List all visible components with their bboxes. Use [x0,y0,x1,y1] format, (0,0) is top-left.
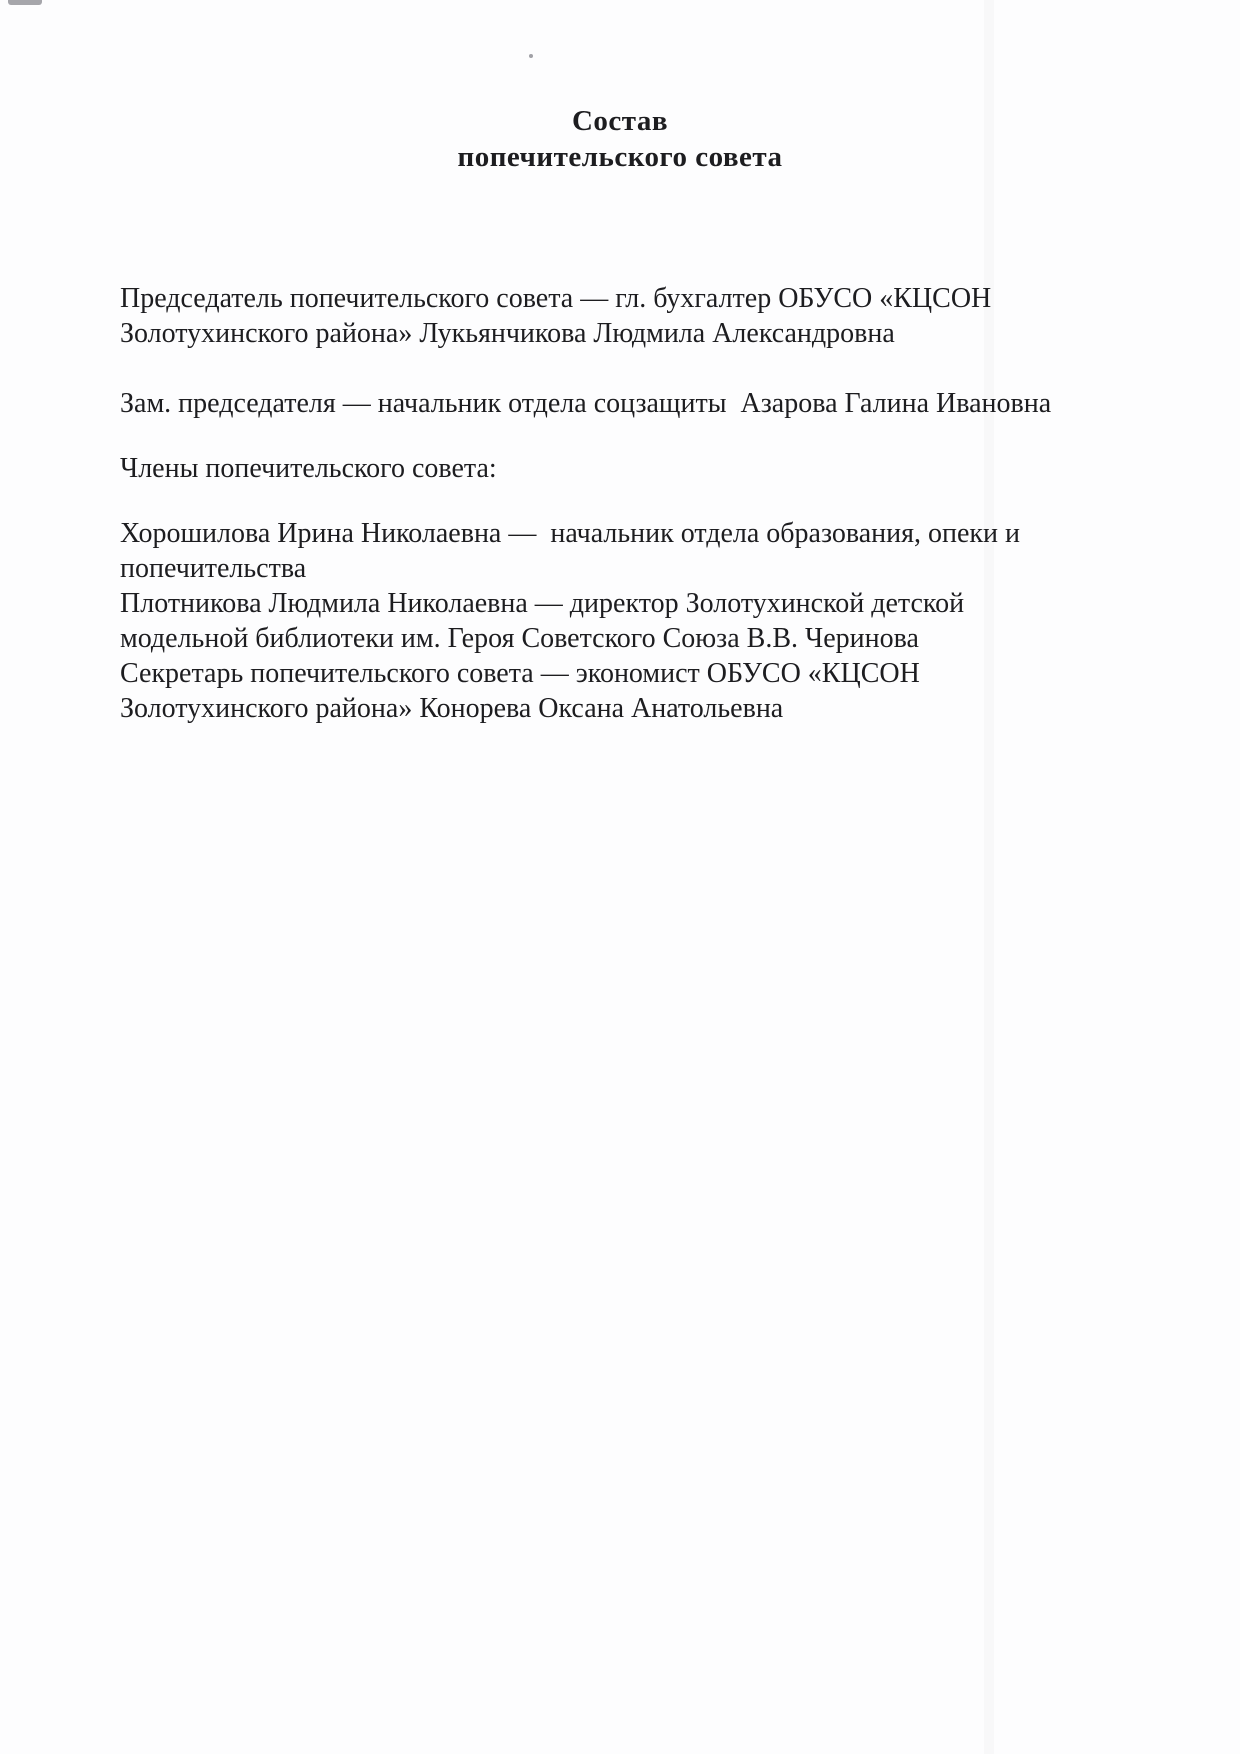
paragraph-members-line-4: модельной библиотеки им. Героя Советског… [120,621,1020,656]
paragraph-members-line-6: Золотухинского района» Конорева Оксана А… [120,691,1020,726]
document-title-line-2: попечительского совета [0,139,1240,175]
paragraph-members-heading-line-1: Члены попечительского совета: [120,451,497,486]
scan-artifact-streak [984,0,994,1754]
paragraph-members-list: Хорошилова Ирина Николаевна — начальник … [120,516,1020,726]
paragraph-chairman-line-2: Золотухинского района» Лукьянчикова Людм… [120,316,991,351]
paragraph-chairman-line-1: Председатель попечительского совета — гл… [120,281,991,316]
document-title-line-1: Состав [0,103,1240,139]
scan-artifact-dot [529,54,533,58]
paragraph-members-line-1: Хорошилова Ирина Николаевна — начальник … [120,516,1020,551]
paragraph-deputy-chairman-line-1: Зам. председателя — начальник отдела соц… [120,386,1051,421]
paragraph-deputy-chairman: Зам. председателя — начальник отдела соц… [120,386,1051,421]
paragraph-members-heading: Члены попечительского совета: [120,451,497,486]
document-title: Состав попечительского совета [0,103,1240,175]
scanned-document-page: Состав попечительского совета Председате… [0,0,1240,1754]
scan-artifact-top-edge [8,0,42,5]
paragraph-members-line-2: попечительства [120,551,1020,586]
paragraph-members-line-3: Плотникова Людмила Николаевна — директор… [120,586,1020,621]
paragraph-members-line-5: Секретарь попечительского совета — эконо… [120,656,1020,691]
paragraph-chairman: Председатель попечительского совета — гл… [120,281,991,351]
